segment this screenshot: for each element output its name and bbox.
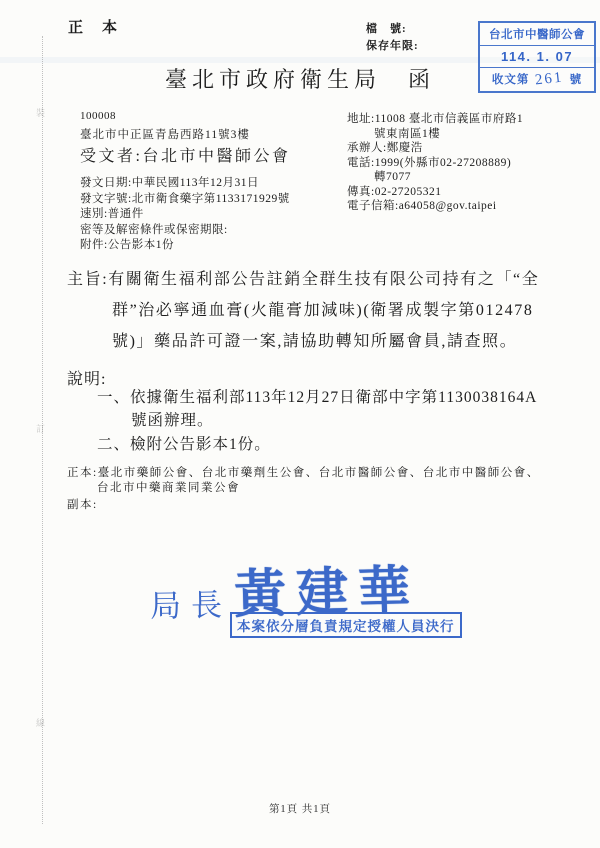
distribution-block: 正本:臺北市藥師公會、台北市藥劑生公會、台北市醫師公會、台北市中醫師公會、台北市… [67, 466, 549, 513]
original-text: 臺北市藥師公會、台北市藥劑生公會、台北市醫師公會、台北市中醫師公會、台北市中藥商… [97, 467, 540, 494]
issue-date-line: 發文日期:中華民國113年12月31日 [80, 176, 290, 192]
subject-text: 有關衛生福利部公告註銷全群生技有限公司持有之「“全群”治必寧通血膏(火龍膏加減味… [108, 271, 539, 350]
document-title: 臺北市政府衛生局 函 [0, 63, 600, 94]
recipient-postal-code: 100008 [80, 110, 116, 122]
original-recipients: 正本:臺北市藥師公會、台北市藥劑生公會、台北市醫師公會、台北市中醫師公會、台北市… [67, 466, 549, 495]
agency-address-line1: 地址:11008 臺北市信義區市府路1 [347, 112, 577, 127]
agency-contact-person: 承辦人:鄭慶浩 [347, 141, 577, 156]
attachment-line: 附件:公告影本1份 [80, 238, 290, 254]
agency-contact-block: 地址:11008 臺北市信義區市府路1 號東南區1樓 承辦人:鄭慶浩 電話:19… [347, 112, 577, 214]
explanation-item-1: 一、依據衛生福利部113年12月27日衛部中字第1130038164A號函辦理。 [97, 386, 547, 432]
explanation-list: 一、依據衛生福利部113年12月27日衛部中字第1130038164A號函辦理。… [97, 386, 547, 457]
file-number-block: 檔 號: 保存年限: [366, 21, 419, 55]
agency-phone-line2: 轉7077 [347, 170, 577, 185]
speed-line: 速別:普通件 [80, 207, 290, 223]
binding-mark-zhuang: 裝 [36, 106, 45, 119]
agency-address-line2: 號東南區1樓 [347, 127, 577, 142]
subject-paragraph: 主旨:有關衛生福利部公告註銷全群生技有限公司持有之「“全群”治必寧通血膏(火龍膏… [67, 264, 547, 357]
authorization-stamp-box: 本案依分層負責規定授權人員決行 [230, 612, 462, 638]
issue-number-line: 發文字號:北市衛食藥字第1133171929號 [80, 192, 290, 208]
subject-label: 主旨: [67, 271, 108, 288]
copy-recipients-label: 副本: [67, 498, 549, 513]
copy-type-label: 正 本 [68, 16, 119, 37]
security-line: 密等及解密條件或保密期限: [80, 223, 290, 239]
file-number-label: 檔 號: [366, 21, 419, 38]
official-letter-page: 裝 訂 線 正 本 檔 號: 保存年限: 台北市中醫師公會 114. 1. 07… [0, 0, 600, 848]
signer-title: 局長 [150, 579, 233, 625]
agency-phone-line1: 電話:1999(外縣市02-27208889) [347, 156, 577, 171]
sender-metadata-block: 發文日期:中華民國113年12月31日 發文字號:北市衛食藥字第11331719… [80, 176, 290, 254]
recipient-address: 臺北市中正區青島西路11號3樓 [80, 126, 250, 142]
binding-mark-ding: 訂 [36, 422, 45, 435]
page-number-footer: 第1頁 共1頁 [0, 801, 600, 816]
recipient-name-line: 受文者:台北市中醫師公會 [80, 143, 290, 166]
agency-fax: 傳真:02-27205321 [347, 185, 577, 200]
explanation-item-2: 二、檢附公告影本1份。 [97, 433, 547, 456]
binding-mark-xian: 線 [36, 716, 45, 729]
retention-label: 保存年限: [366, 38, 419, 55]
agency-email: 電子信箱:a64058@gov.taipei [347, 199, 577, 214]
receipt-stamp-org: 台北市中醫師公會 [480, 23, 594, 45]
original-label: 正本: [67, 467, 98, 479]
